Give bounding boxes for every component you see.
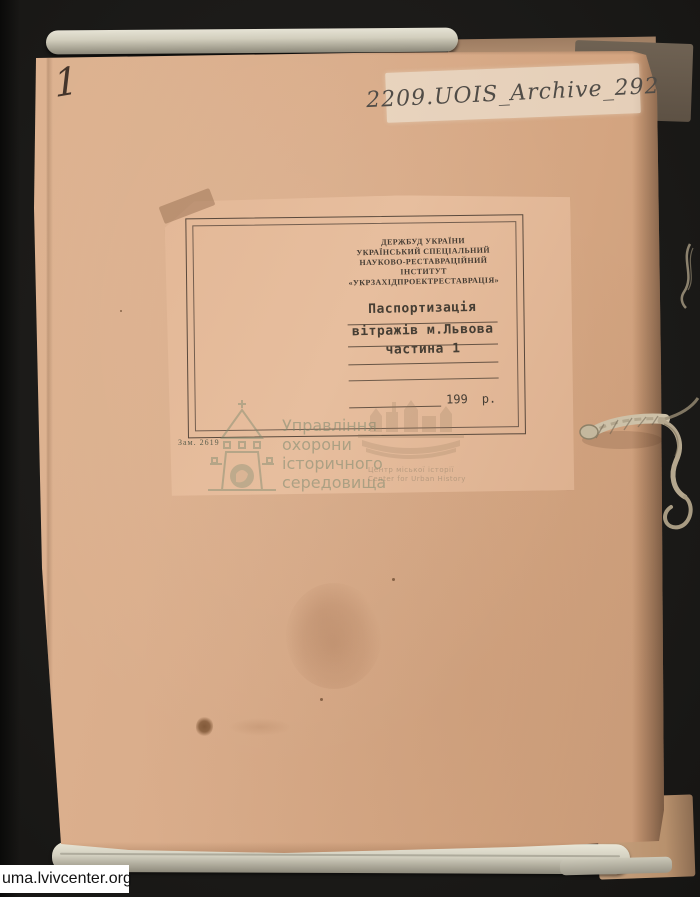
institution-header: ДЕРЖБУД УКРАЇНИ УКРАЇНСЬКИЙ СПЕЦІАЛЬНИЙ … (335, 235, 512, 288)
entry-line: частина 1 (348, 341, 498, 366)
url-text: uma.lvivcenter.org (0, 870, 132, 888)
watermark-urban-text: Центр міської історії Center for Urban H… (368, 466, 466, 484)
catalog-code: 2209.UOIS_Archive_292 (366, 73, 661, 112)
top-page-edge (46, 28, 458, 55)
blank-underline (348, 364, 498, 382)
stain-large (286, 583, 382, 689)
page-number: 1 (53, 58, 80, 106)
skyline-book-icon (352, 398, 482, 464)
catalog-strip: 2209.UOIS_Archive_292 (385, 63, 641, 123)
speck (392, 578, 395, 581)
tower-icon (204, 398, 280, 506)
string-tie-icon (552, 228, 700, 568)
url-badge: uma.lvivcenter.org (0, 865, 129, 893)
speck (320, 698, 323, 701)
archive-folder-photo: 1 2209.UOIS_Archive_292 ДЕРЖБУД УКРАЇНИ … (0, 0, 700, 897)
watermark-urban-history: Центр міської історії Center for Urban H… (352, 398, 492, 496)
speck (120, 310, 122, 312)
bottom-page-edge-step (560, 857, 672, 876)
photo-edge-shadow (0, 0, 20, 897)
stain-smudge (228, 718, 292, 736)
watermark-line: Center for Urban History (368, 475, 466, 484)
watermark-line: Центр міської історії (368, 466, 466, 475)
